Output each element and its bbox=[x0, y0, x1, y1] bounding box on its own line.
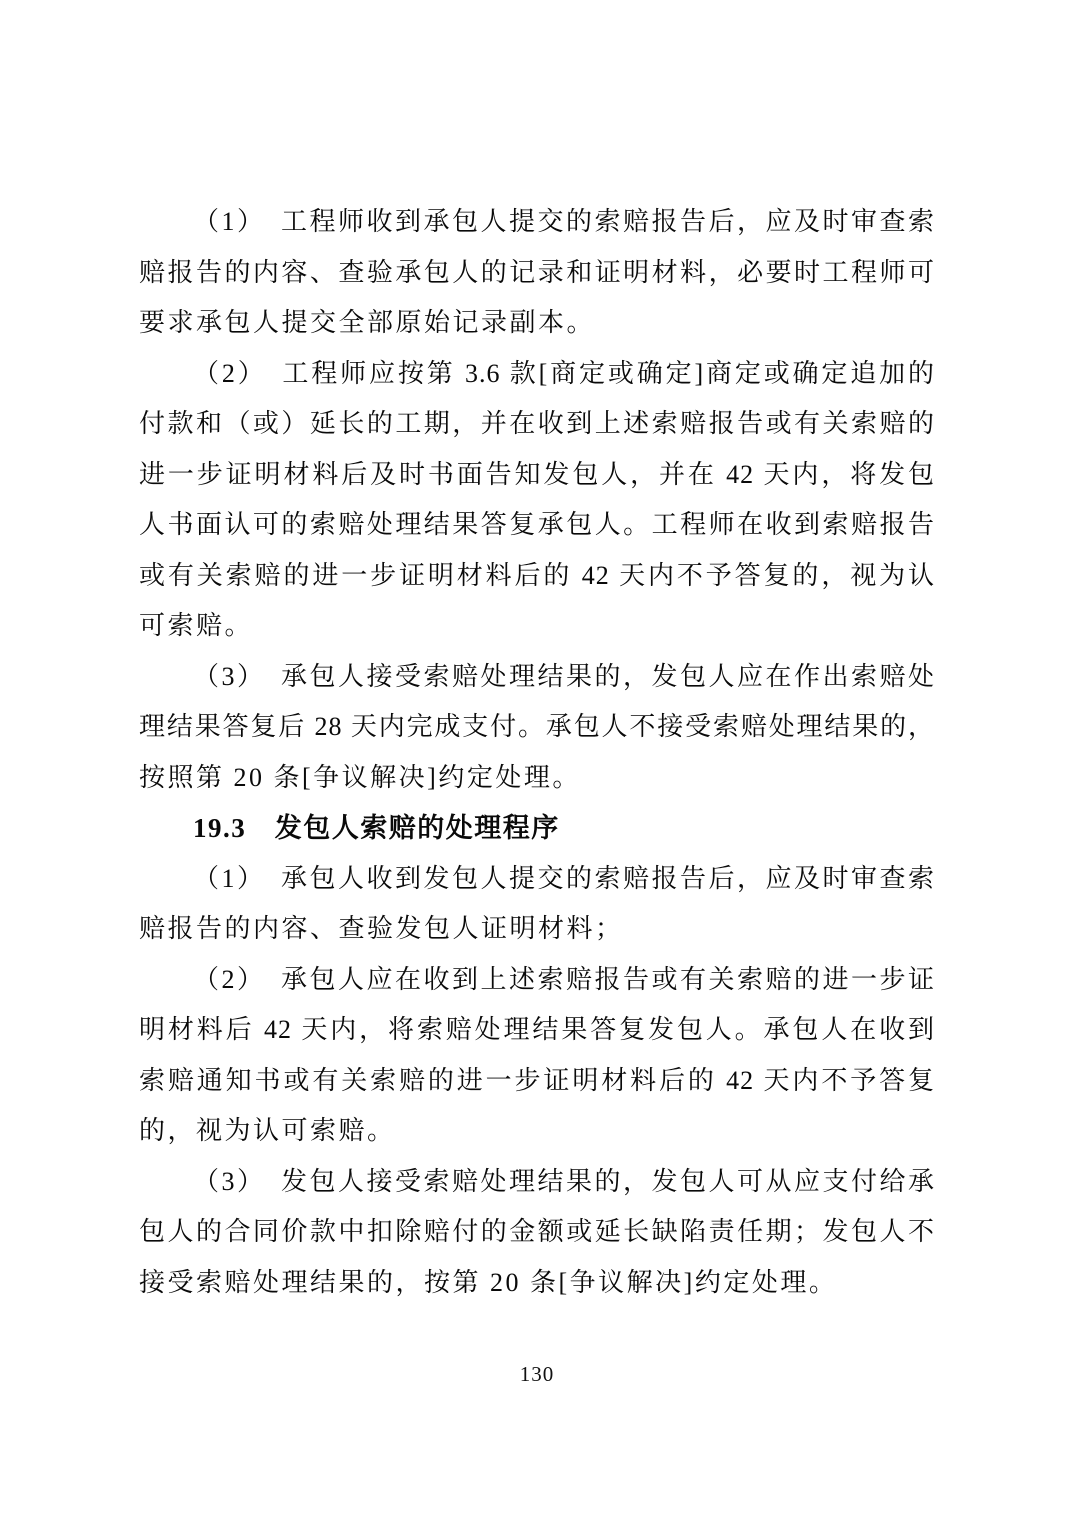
text-line: 赔报告的内容、查验发包人证明材料； bbox=[139, 904, 935, 955]
text-line: （1） 承包人收到发包人提交的索赔报告后，应及时审查索 bbox=[139, 854, 935, 905]
text-line: 付款和（或）延长的工期，并在收到上述索赔报告或有关索赔的 bbox=[139, 399, 935, 450]
text-line: 要求承包人提交全部原始记录副本。 bbox=[139, 298, 935, 349]
document-page: （1） 工程师收到承包人提交的索赔报告后，应及时审查索 赔报告的内容、查验承包人… bbox=[0, 0, 1074, 1520]
text-line: 赔报告的内容、查验承包人的记录和证明材料，必要时工程师可 bbox=[139, 248, 935, 299]
document-body: （1） 工程师收到承包人提交的索赔报告后，应及时审查索 赔报告的内容、查验承包人… bbox=[139, 197, 935, 1308]
text-line: （2） 工程师应按第 3.6 款[商定或确定]商定或确定追加的 bbox=[139, 349, 935, 400]
text-line: （3） 承包人接受索赔处理结果的，发包人应在作出索赔处 bbox=[139, 652, 935, 703]
text-line: 的，视为认可索赔。 bbox=[139, 1106, 935, 1157]
text-line: 接受索赔处理结果的，按第 20 条[争议解决]约定处理。 bbox=[139, 1258, 935, 1309]
section-heading: 19.3 发包人索赔的处理程序 bbox=[139, 803, 935, 854]
text-line: 按照第 20 条[争议解决]约定处理。 bbox=[139, 753, 935, 804]
text-line: 包人的合同价款中扣除赔付的金额或延长缺陷责任期；发包人不 bbox=[139, 1207, 935, 1258]
text-line: （3） 发包人接受索赔处理结果的，发包人可从应支付给承 bbox=[139, 1157, 935, 1208]
text-line: （2） 承包人应在收到上述索赔报告或有关索赔的进一步证 bbox=[139, 955, 935, 1006]
text-line: 或有关索赔的进一步证明材料后的 42 天内不予答复的，视为认 bbox=[139, 551, 935, 602]
text-line: 理结果答复后 28 天内完成支付。承包人不接受索赔处理结果的， bbox=[139, 702, 935, 753]
text-line: （1） 工程师收到承包人提交的索赔报告后，应及时审查索 bbox=[139, 197, 935, 248]
text-line: 进一步证明材料后及时书面告知发包人，并在 42 天内，将发包 bbox=[139, 450, 935, 501]
text-line: 人书面认可的索赔处理结果答复承包人。工程师在收到索赔报告 bbox=[139, 500, 935, 551]
page-number: 130 bbox=[0, 1362, 1074, 1387]
text-line: 明材料后 42 天内，将索赔处理结果答复发包人。承包人在收到 bbox=[139, 1005, 935, 1056]
text-line: 可索赔。 bbox=[139, 601, 935, 652]
text-line: 索赔通知书或有关索赔的进一步证明材料后的 42 天内不予答复 bbox=[139, 1056, 935, 1107]
